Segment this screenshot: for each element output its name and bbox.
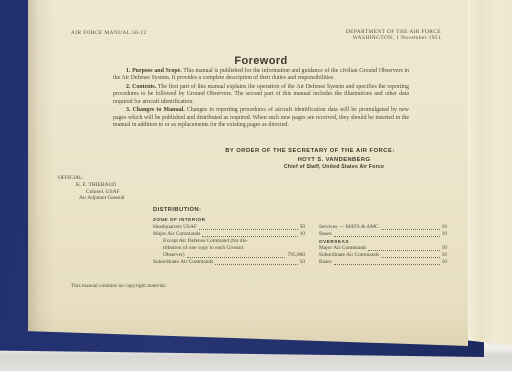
page-stack-edge (466, 0, 512, 349)
photograph-of-open-manual: AIR FORCE MANUAL 50-12 DEPARTMENT OF THE… (0, 0, 512, 371)
distribution-label: Subordinate Air Commands (319, 252, 379, 259)
distribution-value: 10 (442, 231, 447, 238)
distribution-value: 10 (442, 245, 447, 252)
distribution-label: Subordinate Air Commands (153, 259, 213, 266)
distribution-label: Observer) (163, 252, 185, 259)
by-order-line: BY ORDER OF THE SECRETARY OF THE AIR FOR… (190, 148, 430, 154)
paragraph-lead: 1. Purpose and Scope. (126, 68, 182, 74)
distribution-row: Subordinate Air Commands 50 (153, 259, 305, 266)
foreword-page: AIR FORCE MANUAL 50-12 DEPARTMENT OF THE… (28, 0, 468, 346)
dot-leader (381, 257, 439, 258)
distribution-row: Major Air Commands 10 (319, 245, 447, 252)
distribution-value: 10 (442, 252, 447, 259)
distribution-row: Headquarters USAF 50 (153, 224, 305, 231)
distribution-value: 50 (300, 259, 305, 266)
dot-leader (368, 250, 439, 251)
dot-leader (334, 264, 440, 265)
page-title: Foreword (113, 55, 409, 67)
signature-block: HOYT S. VANDENBERG Chief of Staff, Unite… (208, 157, 460, 170)
dot-leader (202, 236, 297, 237)
distribution-heading: DISTRIBUTION: (153, 207, 201, 213)
distribution-row: Bases 10 (319, 231, 447, 238)
distribution-label: Headquarters USAF (153, 224, 197, 231)
signature-title: Chief of Staff, United States Air Force (208, 164, 460, 170)
distribution-label: Bases (319, 231, 332, 238)
distribution-exception-note-line1: Except Air Defense Command (for dis- (153, 238, 305, 245)
paragraph-purpose-and-scope: 1. Purpose and Scope. This manual is pub… (113, 68, 409, 83)
paragraph-contents: 2. Contents. The first part of this manu… (113, 84, 409, 106)
copyright-note: This manual contains no copyright materi… (71, 283, 166, 289)
distribution-label: Bases (319, 259, 332, 266)
distribution-right-column: Services — MATS & AMC 10 Bases 10 OVERSE… (319, 224, 447, 266)
distribution-value: 10 (442, 224, 447, 231)
official-block: OFFICIAL: K. E. THIEBAUD Colonel, USAF A… (58, 175, 125, 202)
manual-number-header: AIR FORCE MANUAL 50-12 (71, 30, 147, 36)
paragraph-body: The first part of this manual explains t… (113, 84, 409, 105)
distribution-label: Major Air Commands (153, 231, 200, 238)
distribution-label: Services — MATS & AMC (319, 224, 379, 231)
distribution-exception-note-line2: tribution of one copy to each Ground (153, 245, 305, 252)
distribution-left-column: Headquarters USAF 50 Major Air Commands … (153, 224, 305, 266)
official-label: OFFICIAL: (58, 175, 125, 182)
signature-name: HOYT S. VANDENBERG (208, 157, 460, 163)
distribution-value: 795,000 (287, 252, 305, 259)
distribution-zone-of-interior-heading: ZONE OF INTERIOR (153, 217, 206, 222)
dot-leader (334, 236, 440, 237)
distribution-row: Observer) 795,000 (153, 252, 305, 259)
distribution-row: Subordinate Air Commands 10 (319, 252, 447, 259)
distribution-row: Services — MATS & AMC 10 (319, 224, 447, 231)
distribution-row: Major Air Commands 10 (153, 231, 305, 238)
official-rank: Colonel, USAF (58, 189, 125, 196)
dot-leader (215, 264, 297, 265)
distribution-row: Bases 10 (319, 259, 447, 266)
distribution-overseas-heading: OVERSEAS (319, 238, 447, 245)
paragraph-lead: 2. Contents. (126, 84, 156, 90)
dot-leader (381, 229, 440, 230)
paragraph-changes-to-manual: 3. Changes to Manual. Changes in reporti… (113, 107, 409, 129)
distribution-value: 10 (442, 259, 447, 266)
distribution-value: 10 (300, 231, 305, 238)
dot-leader (199, 229, 298, 230)
paragraph-lead: 3. Changes to Manual. (126, 107, 185, 113)
distribution-value: 50 (300, 224, 305, 231)
distribution-label: Major Air Commands (319, 245, 366, 252)
department-header: DEPARTMENT OF THE AIR FORCE WASHINGTON, … (346, 29, 441, 42)
foreword-paragraphs: 1. Purpose and Scope. This manual is pub… (113, 68, 409, 131)
official-title: Air Adjutant General (58, 195, 125, 202)
dot-leader (187, 257, 286, 258)
official-name: K. E. THIEBAUD (58, 182, 125, 189)
department-header-line2: WASHINGTON, 1 November 1951 (346, 35, 441, 41)
